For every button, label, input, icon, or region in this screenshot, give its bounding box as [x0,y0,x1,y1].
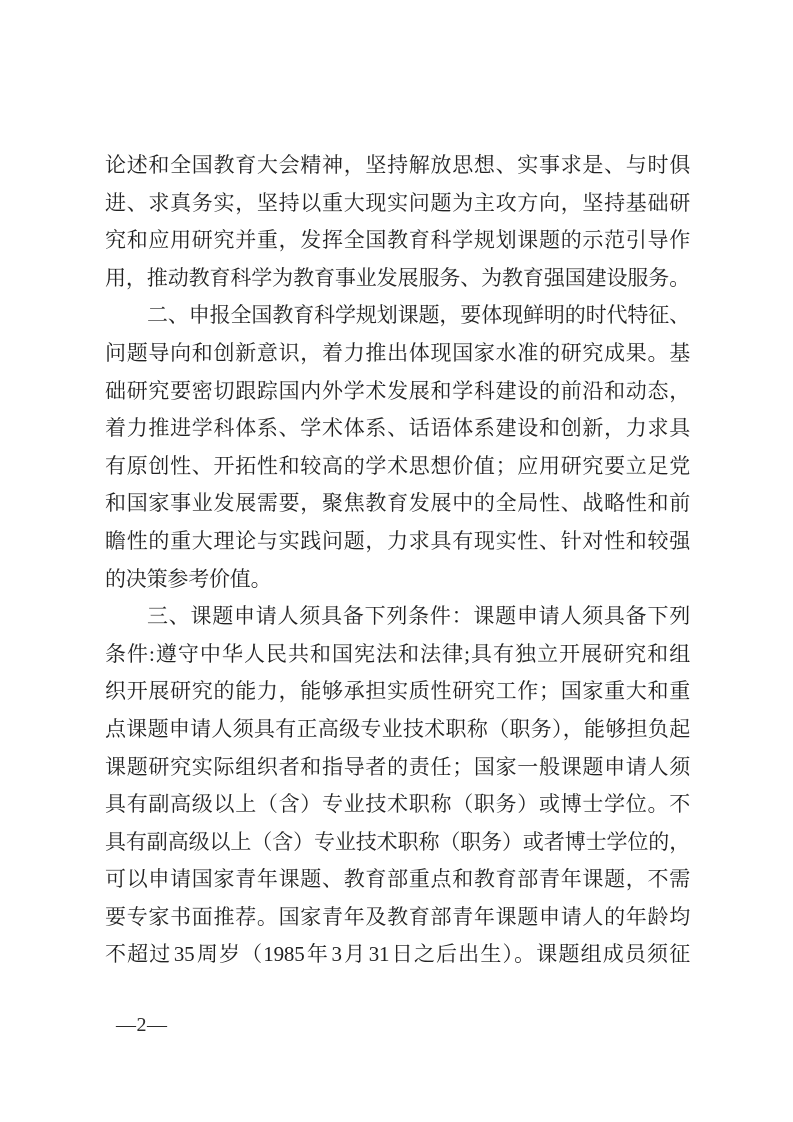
text-line: 的决策参考价值。 [105,561,690,599]
text-line: 进、求真务实，坚持以重大现实问题为主攻方向，坚持基础研 [105,185,690,223]
text-line: 具有副高级以上（含）专业技术职称（职务）或博士学位。不 [105,786,690,824]
text-line: 论述和全国教育大会精神，坚持解放思想、实事求是、与时俱 [105,147,690,185]
text-line: 用，推动教育科学为教育事业发展服务、为教育强国建设服务。 [105,260,690,298]
text-line: 条件:遵守中华人民共和国宪法和法律;具有独立开展研究和组 [105,636,690,674]
text-line: 础研究要密切跟踪国内外学术发展和学科建设的前沿和动态， [105,373,690,411]
text-line: 有原创性、开拓性和较高的学术思想价值；应用研究要立足党 [105,448,690,486]
document-page: 论述和全国教育大会精神，坚持解放思想、实事求是、与时俱 进、求真务实，坚持以重大… [0,0,793,1122]
text-line: 问题导向和创新意识，着力推出体现国家水准的研究成果。基 [105,335,690,373]
text-line: 究和应用研究并重，发挥全国教育科学规划课题的示范引导作 [105,222,690,260]
text-line: 可以申请国家青年课题、教育部重点和教育部青年课题，不需 [105,861,690,899]
text-line: 二、申报全国教育科学规划课题，要体现鲜明的时代特征、 [105,297,690,335]
text-line: 着力推进学科体系、学术体系、话语体系建设和创新，力求具 [105,410,690,448]
page-number: —2— [116,1012,168,1038]
text-line: 和国家事业发展需要，聚焦教育发展中的全局性、战略性和前 [105,485,690,523]
text-line: 织开展研究的能力，能够承担实质性研究工作；国家重大和重 [105,673,690,711]
text-line: 要专家书面推荐。国家青年及教育部青年课题申请人的年龄均 [105,899,690,937]
paragraph-item-2: 二、申报全国教育科学规划课题，要体现鲜明的时代特征、 问题导向和创新意识，着力推… [105,297,690,598]
text-line: 瞻性的重大理论与实践问题，力求具有现实性、针对性和较强 [105,523,690,561]
text-line: 不超过 35 周岁（1985 年 3 月 31 日之后出生）。课题组成员须征 [105,936,690,974]
paragraph-continuation: 论述和全国教育大会精神，坚持解放思想、实事求是、与时俱 进、求真务实，坚持以重大… [105,147,690,297]
text-line: 课题研究实际组织者和指导者的责任；国家一般课题申请人须 [105,749,690,787]
paragraph-item-3: 三、课题申请人须具备下列条件：课题申请人须具备下列 条件:遵守中华人民共和国宪法… [105,598,690,974]
text-line: 具有副高级以上（含）专业技术职称（职务）或者博士学位的， [105,824,690,862]
document-body: 论述和全国教育大会精神，坚持解放思想、实事求是、与时俱 进、求真务实，坚持以重大… [105,147,690,974]
text-line: 三、课题申请人须具备下列条件：课题申请人须具备下列 [105,598,690,636]
text-line: 点课题申请人须具有正高级专业技术职称（职务），能够担负起 [105,711,690,749]
